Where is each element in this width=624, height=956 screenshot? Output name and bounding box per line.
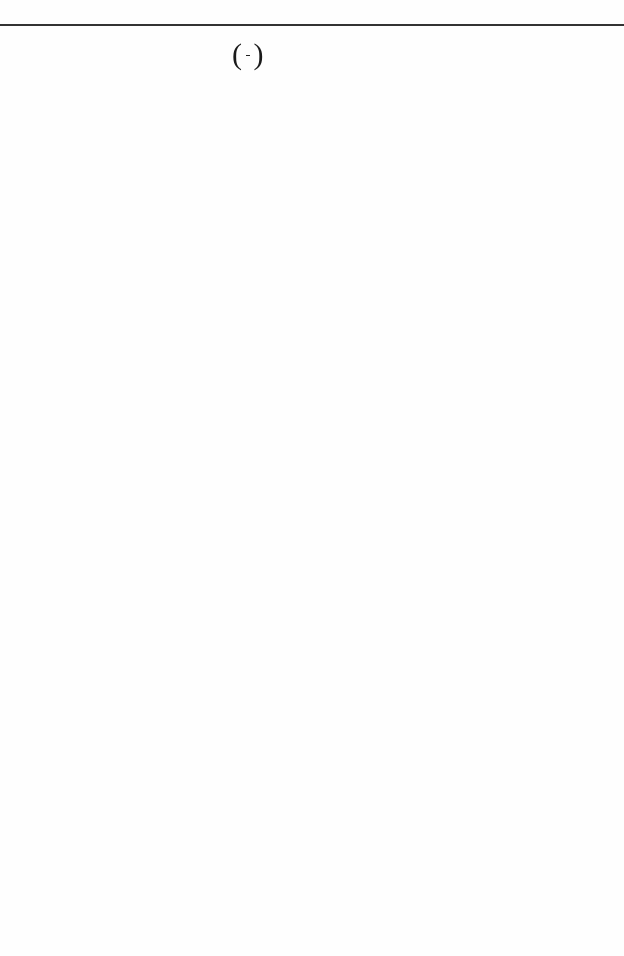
equation-g-definition: ( )	[232, 38, 264, 72]
header-rule	[0, 24, 624, 26]
coefficient-table	[187, 113, 487, 243]
fraction	[246, 55, 250, 56]
